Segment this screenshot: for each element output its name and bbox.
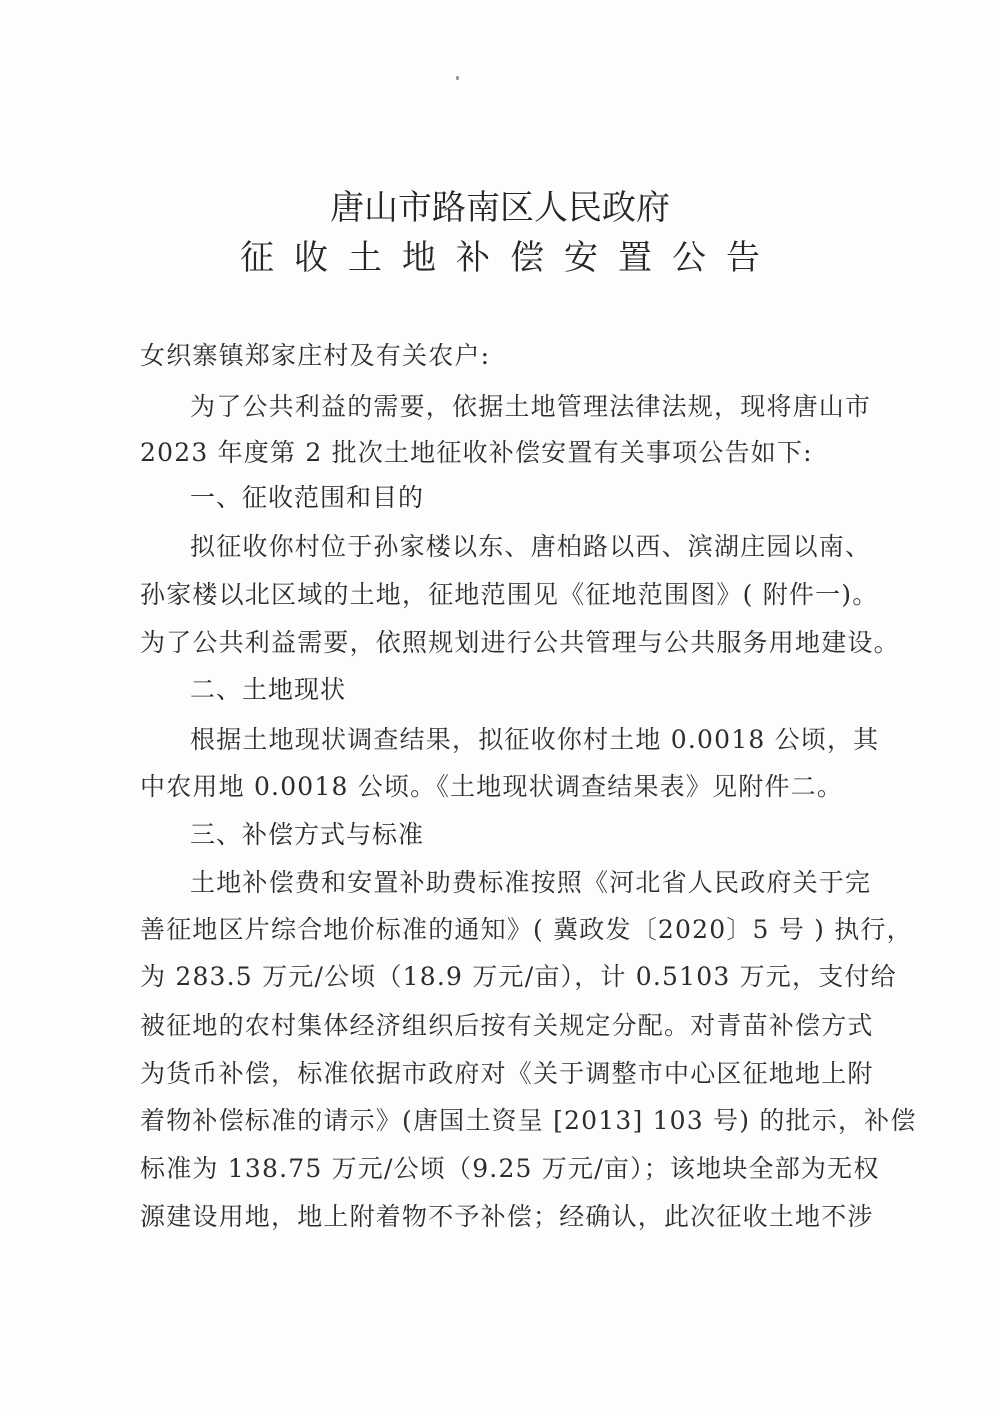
document-title-issuer: 唐山市路南区人民政府	[0, 186, 1000, 230]
paragraph-line: 土地补偿费和安置补助费标准按照《河北省人民政府关于完	[190, 866, 900, 900]
paragraph-line: 为 283.5 万元/公顷（18.9 万元/亩），计 0.5103 万元，支付给	[140, 960, 900, 994]
section-heading: 三、补偿方式与标准	[190, 818, 424, 852]
document-title-subject: 征收土地补偿安置公告	[0, 236, 1000, 280]
paragraph-line: 中农用地 0.0018 公顷。《土地现状调查结果表》见附件二。	[140, 770, 900, 804]
salutation: 女织寨镇郑家庄村及有关农户:	[140, 339, 900, 373]
paragraph-line: 拟征收你村位于孙家楼以东、唐柏路以西、滨湖庄园以南、	[190, 530, 900, 564]
paragraph-line: 为了公共利益需要，依照规划进行公共管理与公共服务用地建设。	[140, 626, 900, 660]
paragraph-line: 标准为 138.75 万元/公顷（9.25 万元/亩）；该地块全部为无权	[140, 1152, 900, 1186]
intro-line: 2023 年度第 2 批次土地征收补偿安置有关事项公告如下:	[140, 436, 900, 470]
paragraph-line: 根据土地现状调查结果，拟征收你村土地 0.0018 公顷，其	[190, 723, 900, 757]
document-page: 唐山市路南区人民政府 征收土地补偿安置公告 女织寨镇郑家庄村及有关农户: 为了公…	[0, 0, 1000, 1415]
paragraph-line: 为货币补偿，标准依据市政府对《关于调整市中心区征地地上附	[140, 1057, 900, 1091]
paragraph-line: 被征地的农村集体经济组织后按有关规定分配。对青苗补偿方式	[140, 1009, 900, 1043]
section-heading: 二、土地现状	[190, 673, 346, 707]
intro-line: 为了公共利益的需要，依据土地管理法律法规，现将唐山市	[190, 390, 900, 424]
paragraph-line: 着物补偿标准的请示》(唐国土资呈 [2013] 103 号) 的批示，补偿	[140, 1104, 900, 1138]
scan-speck	[456, 76, 459, 80]
paragraph-line: 善征地区片综合地价标准的通知》( 冀政发〔2020〕5 号 ) 执行，	[140, 913, 900, 947]
paragraph-line: 源建设用地，地上附着物不予补偿；经确认，此次征收土地不涉	[140, 1200, 900, 1234]
section-heading: 一、征收范围和目的	[190, 481, 424, 515]
paragraph-line: 孙家楼以北区域的土地，征地范围见《征地范围图》( 附件一)。	[140, 578, 900, 612]
